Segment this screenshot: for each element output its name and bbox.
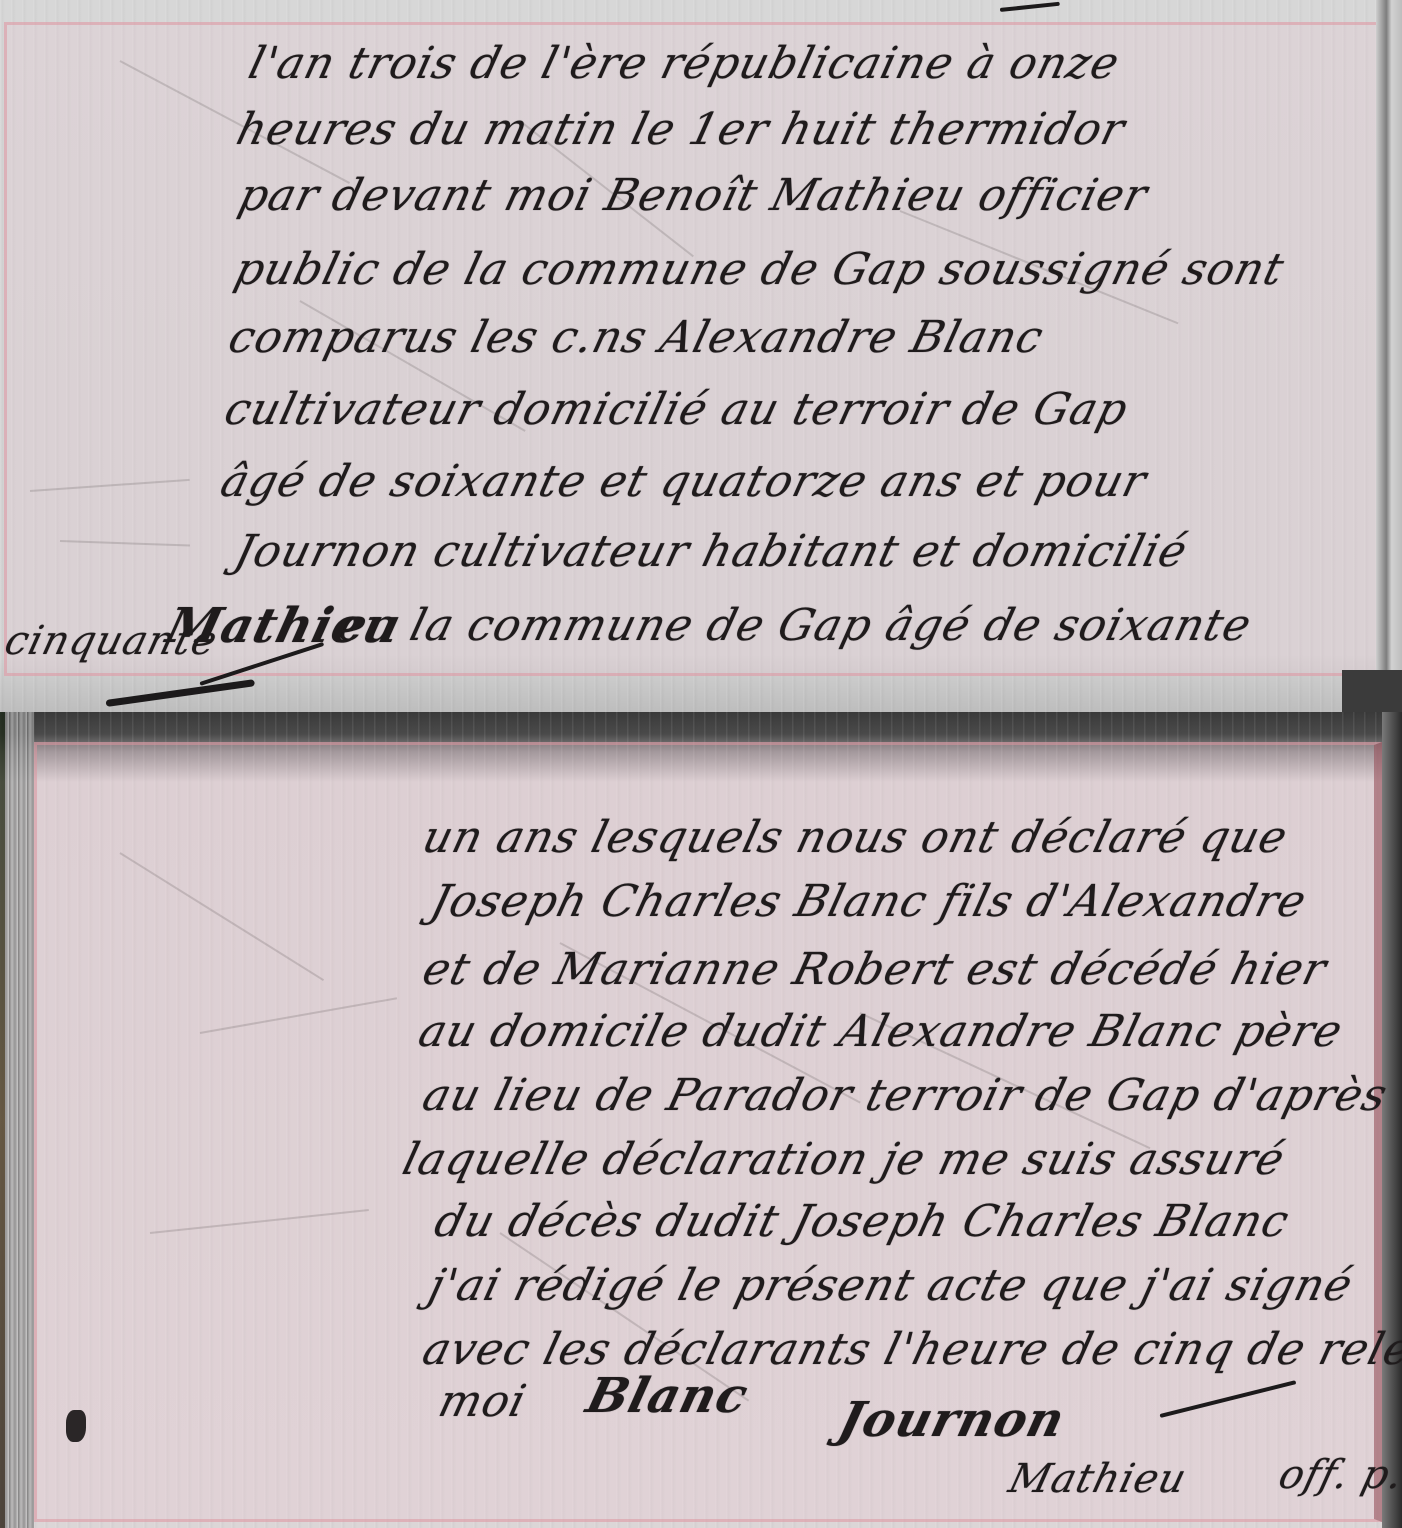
ink-stroke [1000,2,1060,12]
record-line: avec les déclarants l'heure de cinq de r… [418,1324,1402,1375]
page-edge [1382,712,1402,1528]
record-line: Joseph Charles Blanc fils d'Alexandre [426,876,1312,927]
record-line: laquelle déclaration je me suis assuré [398,1134,1290,1185]
record-line: et de Marianne Robert est décédé hier [418,944,1332,995]
paraph-stroke [106,679,256,707]
record-line: comparus les c.ns Alexandre Blanc [224,312,1049,363]
record-line: j'ai rédigé le présent acte que j'ai sig… [424,1260,1359,1311]
record-line: moi [434,1376,532,1427]
record-line: l'an trois de l'ère républicaine à onze [244,38,1125,89]
page-binding-edge [0,712,34,1528]
signature-title: off. p. [1274,1452,1402,1498]
signature-blanc: Blanc [581,1368,754,1424]
signature-journon: Journon [833,1392,1071,1448]
record-line: du décès dudit Joseph Charles Blanc [430,1196,1295,1247]
top-page-scan: l'an trois de l'ère républicaine à onze … [0,0,1402,712]
record-line: au lieu de Parador terroir de Gap d'aprè… [418,1070,1393,1121]
record-line: public de la commune de Gap soussigné so… [230,244,1290,295]
signature-mathieu: Mathieu [1004,1456,1191,1502]
page-corner-shadow [1342,670,1402,712]
record-line: un ans lesquels nous ont déclaré que [418,812,1293,863]
record-line: en la commune de Gap âgé de soixante [334,600,1257,651]
record-line: âgé de soixante et quatorze ans et pour [216,456,1152,507]
record-line: par devant moi Benoît Mathieu officier [234,170,1153,221]
bottom-page-scan: un ans lesquels nous ont déclaré que Jos… [0,712,1402,1528]
record-line: heures du matin le 1er huit thermidor [232,104,1131,155]
record-line: cultivateur domicilié au terroir de Gap [220,384,1134,435]
page-edge [1376,0,1402,712]
margin-signature: Mathieu [161,598,407,654]
record-line: Journon cultivateur habitant et domicili… [230,526,1193,577]
record-line: au domicile dudit Alexandre Blanc père [414,1006,1348,1057]
ink-blot [66,1410,86,1442]
